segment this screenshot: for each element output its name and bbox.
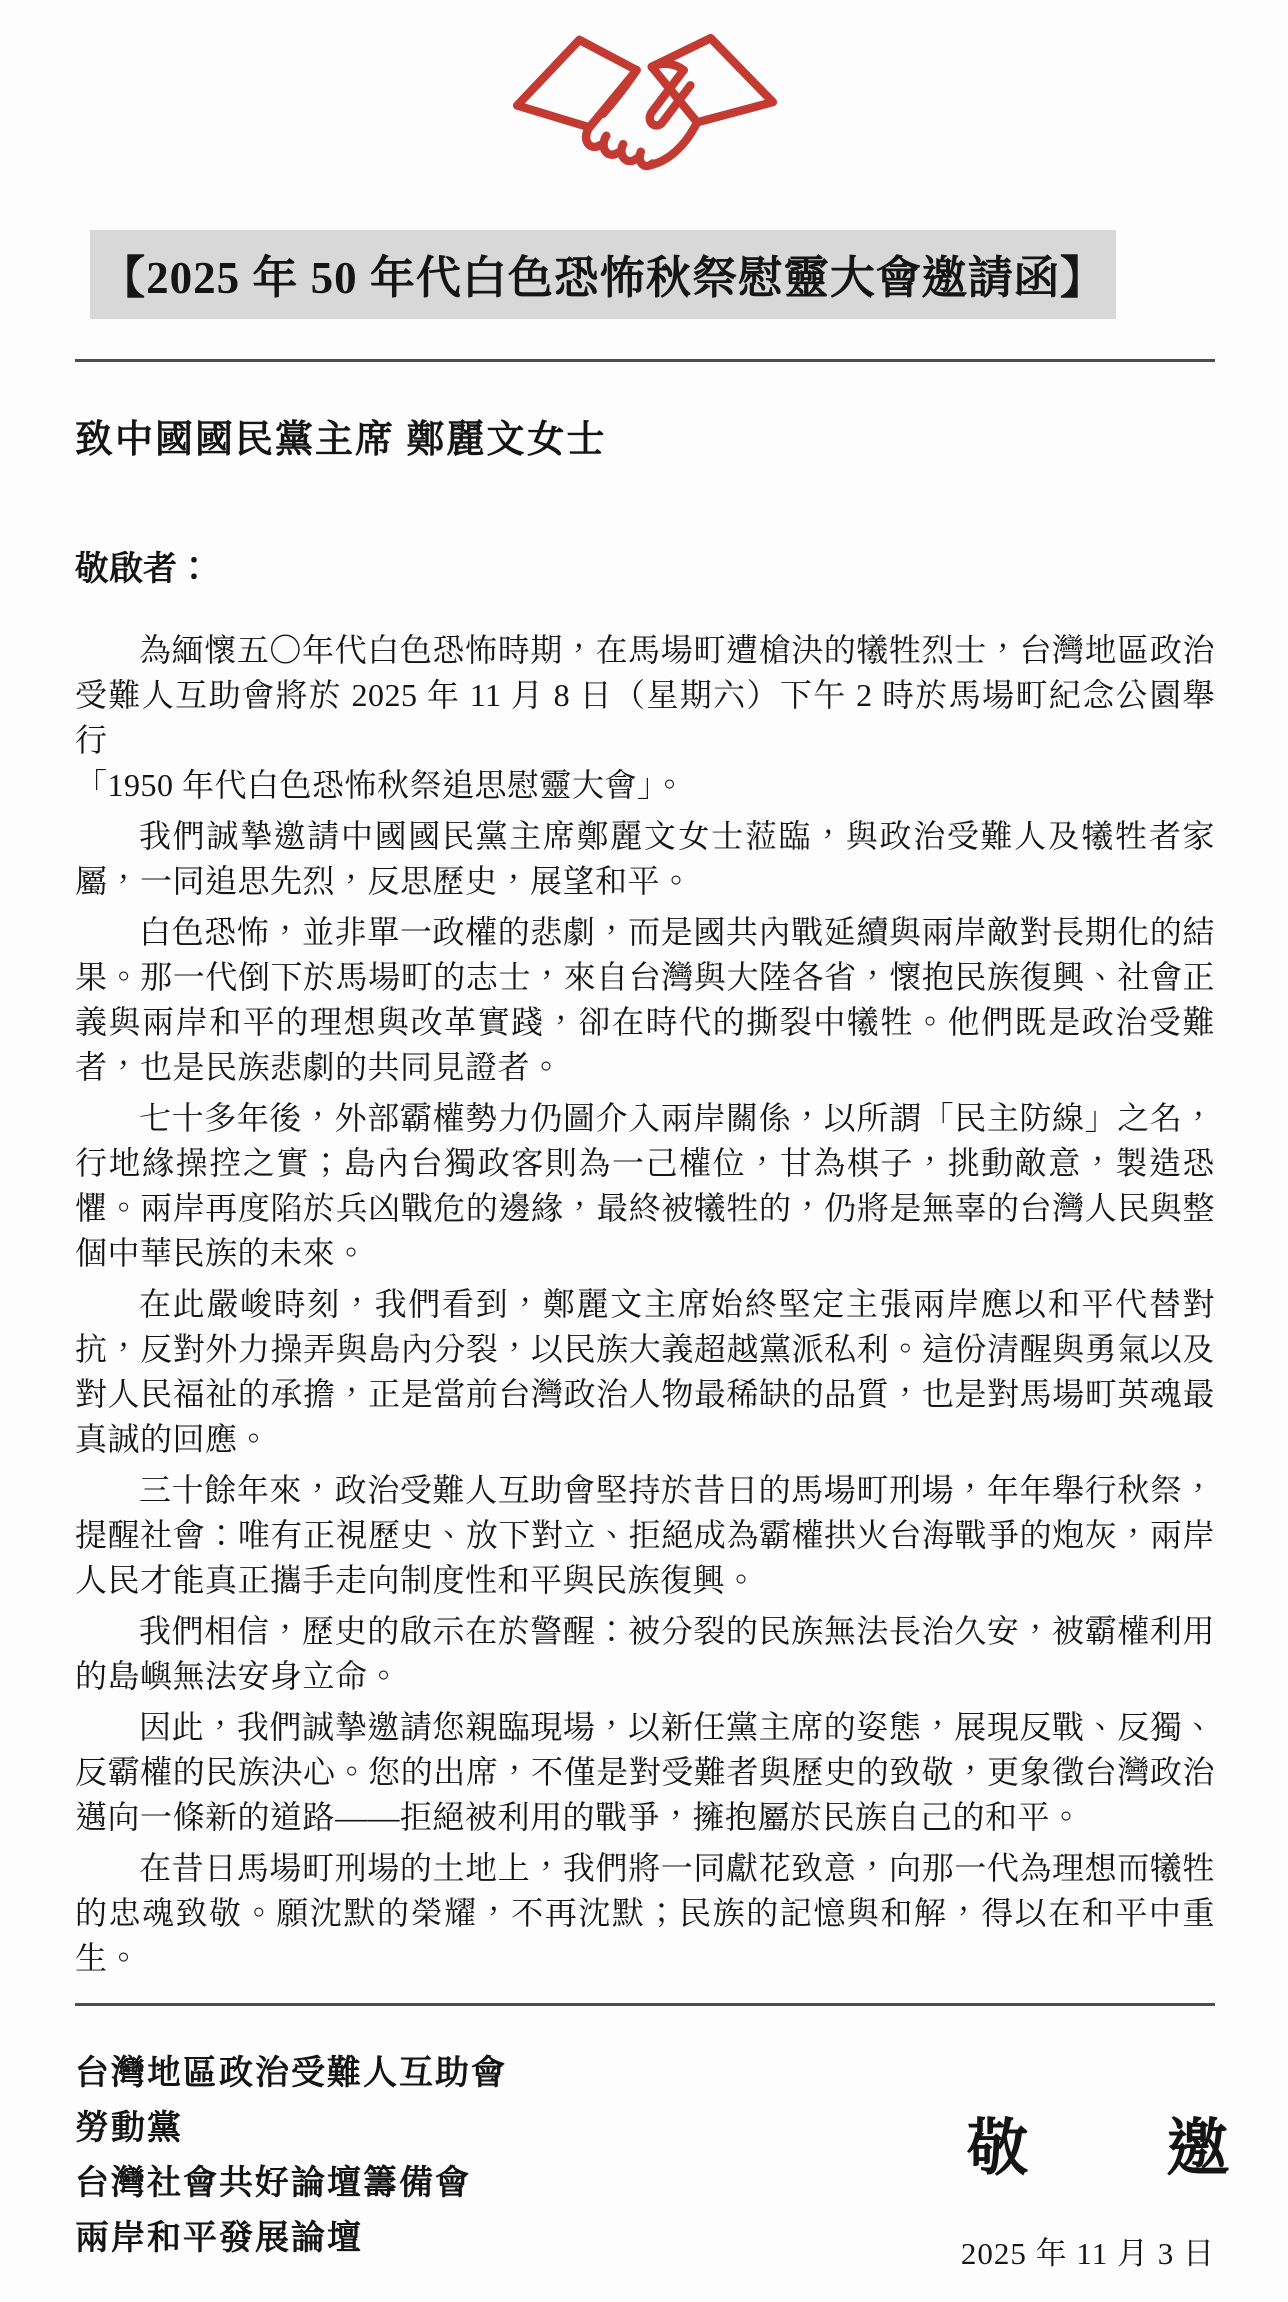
addressee-line: 致中國國民黨主席 鄭麗文女士 [75, 408, 1215, 463]
divider-top [75, 359, 1215, 362]
salutation: 敬啟者： [75, 541, 1215, 590]
document-title: 【2025 年 50 年代白色恐怖秋祭慰靈大會邀請函】 [90, 230, 1116, 319]
paragraph: 我們相信，歷史的啟示在於警醒：被分裂的民族無法長治久安，被霸權利用的島嶼無法安身… [75, 1609, 1215, 1699]
closing-char: 敬 [967, 2118, 1029, 2180]
paragraph: 三十餘年來，政治受難人互助會堅持於昔日的馬場町刑場，年年舉行秋祭，提醒社會：唯有… [75, 1468, 1215, 1603]
closing-invite: 敬 邀 [967, 2118, 1229, 2180]
divider-bottom [75, 2003, 1215, 2006]
signature-line: 台灣地區政治受難人互助會 [75, 2046, 1215, 2101]
title-container: 【2025 年 50 年代白色恐怖秋祭慰靈大會邀請函】 [75, 230, 1215, 319]
logo-container [75, 28, 1215, 168]
paragraph: 我們誠摯邀請中國國民黨主席鄭麗文女士蒞臨，與政治受難人及犧牲者家屬，一同追思先烈… [75, 814, 1215, 904]
handshake-icon [502, 28, 788, 188]
paragraph: 在昔日馬場町刑場的土地上，我們將一同獻花致意，向那一代為理想而犧牲的忠魂致敬。願… [75, 1846, 1215, 1981]
paragraph-quote-line: 「1950 年代白色恐怖秋祭追思慰靈大會」。 [75, 763, 1215, 808]
paragraph: 為緬懷五〇年代白色恐怖時期，在馬場町遭槍決的犧牲烈士，台灣地區政治受難人互助會將… [75, 628, 1215, 763]
paragraph: 白色恐怖，並非單一政權的悲劇，而是國共內戰延續與兩岸敵對長期化的結果。那一代倒下… [75, 910, 1215, 1090]
signature-section: 台灣地區政治受難人互助會 勞動黨 台灣社會共好論壇籌備會 兩岸和平發展論壇 敬 … [75, 2046, 1215, 2282]
paragraph: 因此，我們誠摯邀請您親臨現場，以新任黨主席的姿態，展現反戰、反獨、反霸權的民族決… [75, 1705, 1215, 1840]
invitation-letter-page: 【2025 年 50 年代白色恐怖秋祭慰靈大會邀請函】 致中國國民黨主席 鄭麗文… [0, 0, 1288, 2302]
letter-body: 為緬懷五〇年代白色恐怖時期，在馬場町遭槍決的犧牲烈士，台灣地區政治受難人互助會將… [75, 628, 1215, 1981]
date-line: 2025 年 11 月 3 日 [961, 2228, 1215, 2273]
paragraph: 在此嚴峻時刻，我們看到，鄭麗文主席始終堅定主張兩岸應以和平代替對抗，反對外力操弄… [75, 1282, 1215, 1462]
paragraph: 七十多年後，外部霸權勢力仍圖介入兩岸關係，以所謂「民主防線」之名，行地緣操控之實… [75, 1096, 1215, 1276]
closing-char: 邀 [1167, 2118, 1229, 2180]
